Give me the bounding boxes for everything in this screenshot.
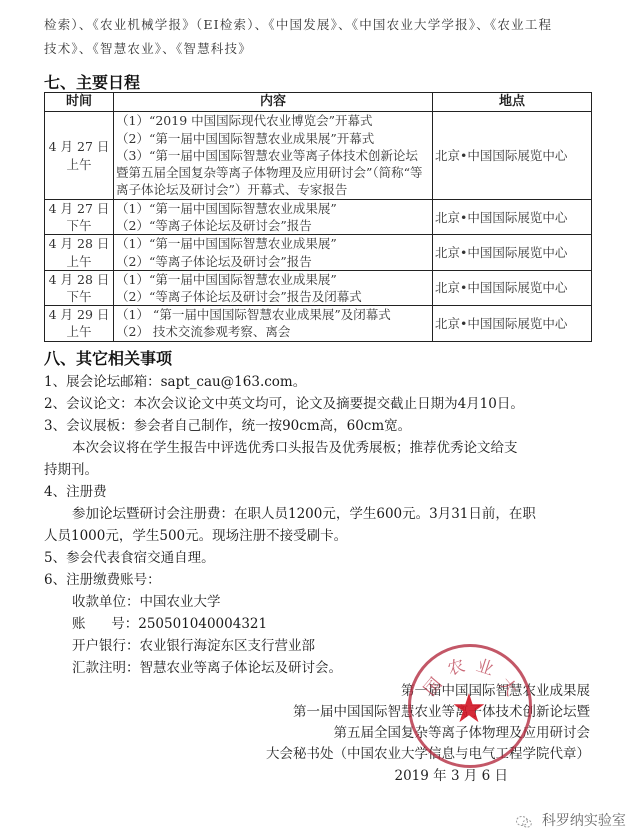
table-row: 4 月 28 日 下午 （1）“第一届中国国际智慧农业成果展” （2）“等离子体… bbox=[45, 270, 592, 305]
period: 下午 bbox=[47, 217, 111, 234]
payee-value: 中国农业大学 bbox=[140, 594, 221, 610]
content-item: （2）“等离子体论坛及研讨会”报告及闭幕式 bbox=[116, 288, 430, 305]
content-item: （1）“第一届中国国际智慧农业成果展” bbox=[116, 200, 430, 217]
location-cell: 北京•中国国际展览中心 bbox=[433, 306, 592, 341]
account-remark: 汇款注明：智慧农业等离子体论坛及研讨会。 bbox=[72, 659, 342, 677]
content-cell: （1） “第一届中国国际智慧农业成果展”及闭幕式 （2） 技术交流参观考察、离会 bbox=[114, 306, 433, 341]
date: 4 月 28 日 bbox=[47, 271, 111, 288]
date: 4 月 29 日 bbox=[47, 306, 111, 323]
remark-label: 汇款注明： bbox=[72, 660, 140, 676]
payee-label: 收款单位： bbox=[72, 594, 140, 610]
account-bank: 开户银行：农业银行海淀东区支行营业部 bbox=[72, 637, 315, 655]
fee-item: 4、注册费 bbox=[44, 483, 107, 501]
seal-char: 农 bbox=[444, 651, 468, 680]
signature-date: 2019 年 3 月 6 日 bbox=[395, 767, 509, 785]
number-value: 250501040004321 bbox=[138, 616, 267, 632]
seal-char: 业 bbox=[474, 651, 498, 680]
content-item: （1）“第一届中国国际智慧农业成果展” bbox=[116, 271, 430, 288]
signature-line-2: 第一届中国国际智慧农业等离子体技术创新论坛暨 bbox=[293, 703, 590, 721]
signature-line-4: 大会秘书处（中国农业大学信息与电气工程学院代章） bbox=[266, 745, 590, 763]
content-item: （1）“第一届中国国际智慧农业成果展” bbox=[116, 235, 430, 252]
poster-item: 3、会议展板：参会者自己制作，统一按90cm高，60cm宽。 bbox=[44, 417, 411, 435]
bank-label: 开户银行： bbox=[72, 638, 140, 654]
table-row: 4 月 27 日 上午 （1）“2019 中国国际现代农业博览会”开幕式 （2）… bbox=[45, 112, 592, 200]
paper-item: 2、会议论文：本次会议论文中英文均可，论文及摘要提交截止日期为4月10日。 bbox=[44, 395, 524, 413]
date: 4 月 27 日 bbox=[47, 200, 111, 217]
account-payee: 收款单位：中国农业大学 bbox=[72, 593, 221, 611]
poster-note-line-2: 持期刊。 bbox=[44, 461, 98, 479]
wechat-icon bbox=[516, 814, 536, 828]
table-row: 4 月 27 日 下午 （1）“第一届中国国际智慧农业成果展” （2）“等离子体… bbox=[45, 200, 592, 235]
section-7-title: 七、主要日程 bbox=[44, 70, 140, 93]
section-8-title: 八、其它相关事项 bbox=[44, 346, 172, 369]
number-label: 账 号： bbox=[72, 616, 138, 632]
remark-value: 智慧农业等离子体论坛及研讨会。 bbox=[140, 660, 343, 676]
period: 下午 bbox=[47, 288, 111, 305]
signature-line-3: 第五届全国复杂等离子体物理及应用研讨会 bbox=[334, 724, 591, 742]
account-item: 6、注册缴费账号： bbox=[44, 571, 161, 589]
watermark: 科罗纳实验室 bbox=[516, 810, 626, 830]
content-item: （2）“等离子体论坛及研讨会”报告 bbox=[116, 253, 430, 270]
period: 上午 bbox=[47, 253, 111, 270]
period: 上午 bbox=[47, 156, 111, 173]
header-time: 时间 bbox=[45, 93, 114, 112]
bank-value: 农业银行海淀东区支行营业部 bbox=[140, 638, 316, 654]
account-number: 账 号：250501040004321 bbox=[72, 615, 267, 633]
time-cell: 4 月 28 日 上午 bbox=[45, 235, 114, 270]
content-item: （2）“第一届中国国际智慧农业成果展”开幕式 bbox=[116, 130, 430, 147]
watermark-text: 科罗纳实验室 bbox=[542, 813, 626, 829]
location-cell: 北京•中国国际展览中心 bbox=[433, 270, 592, 305]
content-item: （3）“第一届中国国际智慧农业等离子体技术创新论坛暨第五届全国复杂等离子体物理及… bbox=[116, 147, 430, 199]
period: 上午 bbox=[47, 323, 111, 340]
location-cell: 北京•中国国际展览中心 bbox=[433, 235, 592, 270]
location-cell: 北京•中国国际展览中心 bbox=[433, 200, 592, 235]
time-cell: 4 月 29 日 上午 bbox=[45, 306, 114, 341]
time-cell: 4 月 28 日 下午 bbox=[45, 270, 114, 305]
header-content: 内容 bbox=[114, 93, 433, 112]
time-cell: 4 月 27 日 下午 bbox=[45, 200, 114, 235]
content-item: （1）“2019 中国国际现代农业博览会”开幕式 bbox=[116, 112, 430, 129]
content-cell: （1）“第一届中国国际智慧农业成果展” （2）“等离子体论坛及研讨会”报告 bbox=[114, 200, 433, 235]
content-item: （1） “第一届中国国际智慧农业成果展”及闭幕式 bbox=[116, 306, 430, 323]
header-location: 地点 bbox=[433, 93, 592, 112]
table-header-row: 时间 内容 地点 bbox=[45, 93, 592, 112]
date: 4 月 27 日 bbox=[47, 138, 111, 155]
table-row: 4 月 29 日 上午 （1） “第一届中国国际智慧农业成果展”及闭幕式 （2）… bbox=[45, 306, 592, 341]
poster-note-line-1: 本次会议将在学生报告中评选优秀口头报告及优秀展板；推荐优秀论文给支 bbox=[72, 439, 518, 457]
content-cell: （1）“2019 中国国际现代农业博览会”开幕式 （2）“第一届中国国际智慧农业… bbox=[114, 112, 433, 200]
table-row: 4 月 28 日 上午 （1）“第一届中国国际智慧农业成果展” （2）“等离子体… bbox=[45, 235, 592, 270]
email-item: 1、展会论坛邮箱：sapt_cau@163.com。 bbox=[44, 373, 306, 391]
intro-line-2: 技术》、《智慧农业》、《智慧科技》 bbox=[44, 38, 594, 60]
location-cell: 北京•中国国际展览中心 bbox=[433, 112, 592, 200]
lodging-item: 5、参会代表食宿交通自理。 bbox=[44, 549, 215, 567]
time-cell: 4 月 27 日 上午 bbox=[45, 112, 114, 200]
content-cell: （1）“第一届中国国际智慧农业成果展” （2）“等离子体论坛及研讨会”报告 bbox=[114, 235, 433, 270]
content-cell: （1）“第一届中国国际智慧农业成果展” （2）“等离子体论坛及研讨会”报告及闭幕… bbox=[114, 270, 433, 305]
content-item: （2） 技术交流参观考察、离会 bbox=[116, 323, 430, 340]
intro-line-1: 检索）、《农业机械学报》（EI检索）、《中国发展》、《中国农业大学学报》、《农业… bbox=[44, 14, 594, 36]
schedule-table: 时间 内容 地点 4 月 27 日 上午 （1）“2019 中国国际现代农业博览… bbox=[44, 92, 592, 342]
content-item: （2）“等离子体论坛及研讨会”报告 bbox=[116, 217, 430, 234]
date: 4 月 28 日 bbox=[47, 235, 111, 252]
fee-detail-line-2: 人员1000元，学生500元。现场注册不接受刷卡。 bbox=[44, 527, 347, 545]
fee-detail-line-1: 参加论坛暨研讨会注册费：在职人员1200元，学生600元。3月31日前，在职 bbox=[72, 505, 536, 523]
signature-line-1: 第一届中国国际智慧农业成果展 bbox=[401, 682, 590, 700]
